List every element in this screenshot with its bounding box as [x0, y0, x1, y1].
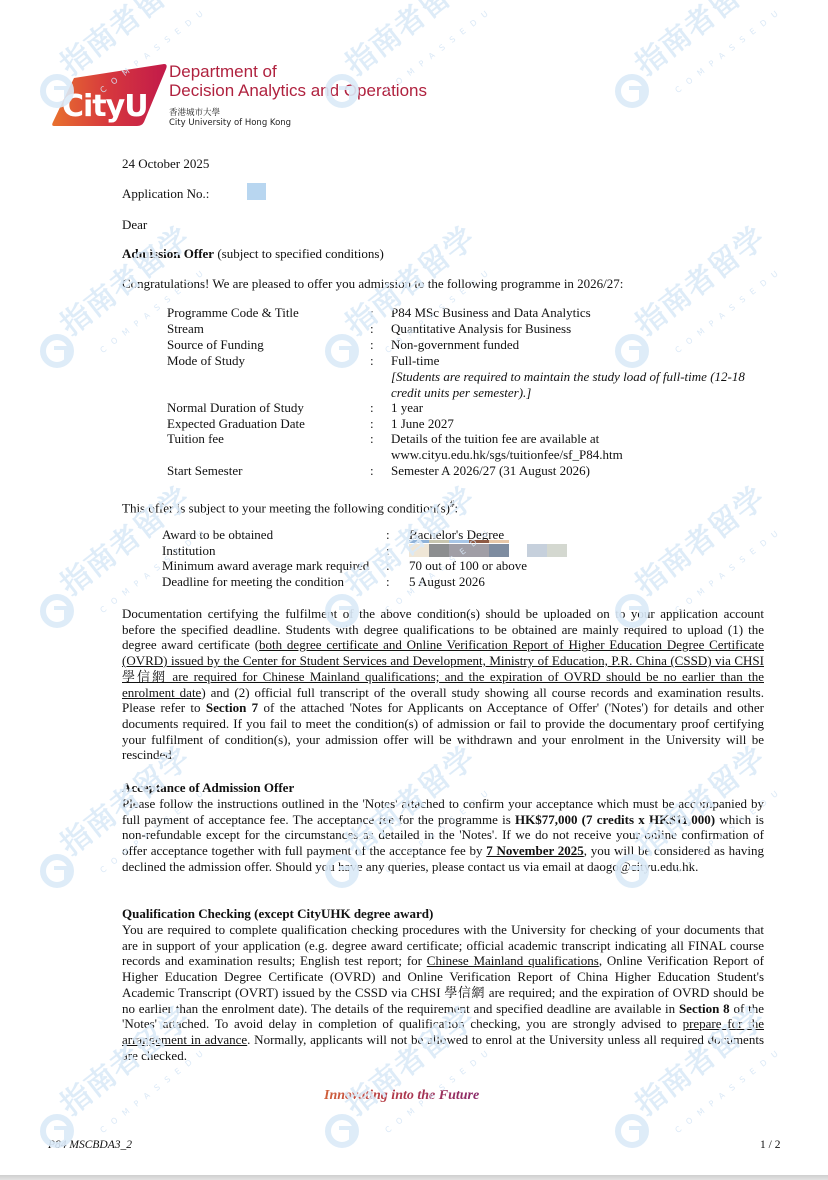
separator: : — [370, 463, 374, 479]
graduation-label: Expected Graduation Date — [167, 416, 305, 432]
svg-text:CityU: CityU — [62, 89, 148, 124]
cityu-logo: CityU — [52, 58, 167, 130]
qual-section-ref: Section 8 — [679, 1001, 730, 1016]
application-no-redacted — [247, 183, 266, 200]
programme-value: P84 MSc Business and Data Analytics — [391, 305, 591, 321]
mode-value: Full-time — [391, 353, 439, 369]
university-motto: Innovating into the Future — [324, 1088, 479, 1104]
institution-label: Institution — [162, 543, 215, 559]
separator: : — [386, 527, 390, 543]
mode-label: Mode of Study — [167, 353, 245, 369]
congratulations-text: Congratulations! We are pleased to offer… — [122, 276, 623, 292]
acceptance-paragraph: Please follow the instructions outlined … — [122, 796, 764, 875]
university-name-en: City University of Hong Kong — [169, 118, 291, 128]
separator: : — [386, 558, 390, 574]
funding-value: Non-government funded — [391, 337, 519, 353]
dept-line-1: Department of — [169, 62, 427, 81]
acceptance-heading: Acceptance of Admission Offer — [122, 780, 294, 796]
separator: : — [370, 431, 374, 447]
qualification-paragraph: You are required to complete qualificati… — [122, 922, 764, 1063]
separator: : — [370, 416, 374, 432]
offer-title: Admission Offer — [122, 246, 214, 261]
application-no-label: Application No.: — [122, 186, 209, 202]
university-name-zh: 香港城市大學 — [169, 108, 291, 118]
documentation-paragraph: Documentation certifying the fulfilment … — [122, 606, 764, 763]
letter-page: CityU Department of Decision Analytics a… — [0, 0, 828, 1176]
programme-label: Programme Code & Title — [167, 305, 299, 321]
separator: : — [370, 400, 374, 416]
conditions-intro: This offer is subject to your meeting th… — [122, 497, 458, 516]
department-name: Department of Decision Analytics and Ope… — [169, 62, 427, 100]
university-name: 香港城市大學 City University of Hong Kong — [169, 108, 291, 128]
page-number: 1 / 2 — [760, 1139, 780, 1151]
dept-line-2: Decision Analytics and Operations — [169, 81, 427, 100]
separator: : — [370, 321, 374, 337]
tuition-value: Details of the tuition fee are available… — [391, 431, 599, 447]
start-semester-label: Start Semester — [167, 463, 242, 479]
start-semester-value: Semester A 2026/27 (31 August 2026) — [391, 463, 590, 479]
document-reference: P84 MSCBDA3_2 — [48, 1139, 132, 1151]
graduation-value: 1 June 2027 — [391, 416, 454, 432]
funding-label: Source of Funding — [167, 337, 264, 353]
stream-value: Quantitative Analysis for Business — [391, 321, 571, 337]
offer-subtitle: (subject to specified conditions) — [217, 246, 383, 261]
min-mark-label: Minimum award average mark required — [162, 558, 369, 574]
stream-label: Stream — [167, 321, 204, 337]
qual-underlined-1: Chinese Mainland qualifications — [427, 953, 599, 968]
conditions-intro-colon: : — [454, 500, 458, 515]
acceptance-deadline: 7 November 2025 — [486, 843, 584, 858]
offer-heading: Admission Offer (subject to specified co… — [122, 246, 384, 262]
mode-note-line1: [Students are required to maintain the s… — [391, 369, 745, 385]
deadline-value: 5 August 2026 — [409, 574, 485, 590]
deadline-label: Deadline for meeting the condition — [162, 574, 344, 590]
min-mark-value: 70 out of 100 or above — [409, 558, 527, 574]
conditions-intro-text: This offer is subject to your meeting th… — [122, 500, 450, 515]
page-edge — [0, 1175, 828, 1180]
greeting: Dear — [122, 217, 147, 233]
award-label: Award to be obtained — [162, 527, 273, 543]
duration-value: 1 year — [391, 400, 423, 416]
mode-note-line2: credit units per semester).] — [391, 385, 531, 401]
separator: : — [370, 353, 374, 369]
tuition-link[interactable]: www.cityu.edu.hk/sgs/tuitionfee/sf_P84.h… — [391, 447, 623, 463]
doc-section-ref: Section 7 — [206, 700, 258, 715]
acceptance-fee: HK$77,000 (7 credits x HK$11,000) — [515, 812, 715, 827]
duration-label: Normal Duration of Study — [167, 400, 304, 416]
separator: : — [386, 574, 390, 590]
qualification-heading: Qualification Checking (except CityUHK d… — [122, 906, 433, 922]
separator: : — [370, 337, 374, 353]
tuition-label: Tuition fee — [167, 431, 224, 447]
separator: : — [386, 543, 390, 559]
letter-date: 24 October 2025 — [122, 156, 209, 172]
separator: : — [370, 305, 374, 321]
